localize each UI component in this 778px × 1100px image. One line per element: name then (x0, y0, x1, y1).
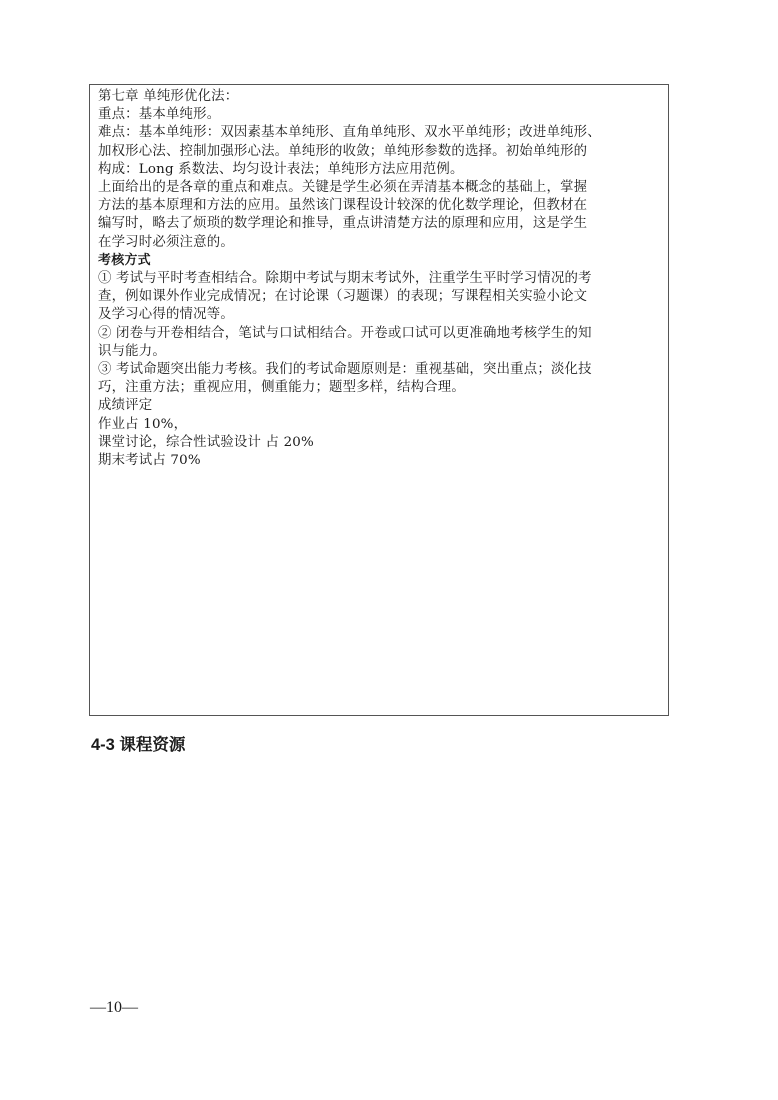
assessment-item-2-line-1: ② 闭卷与开卷相结合，笔试与口试相结合。开卷或口试可以更准确地考核学生的知 (98, 325, 662, 343)
page-number: —10— (90, 999, 138, 1017)
difficult-points-line-2: 加权形心法、控制加强形心法。单纯形的收敛；单纯形参数的选择。初始单纯形的 (98, 143, 662, 161)
assessment-item-3-line-1: ③ 考试命题突出能力考核。我们的考试命题原则是：重视基础，突出重点；淡化技 (98, 361, 662, 379)
assessment-heading: 考核方式 (98, 252, 662, 270)
grading-discussion: 课堂讨论，综合性试验设计 占 20% (98, 434, 662, 452)
key-points: 重点：基本单纯形。 (98, 106, 662, 124)
difficult-points-line-3: 构成：Long 系数法、均匀设计表法；单纯形方法应用范例。 (98, 161, 662, 179)
assessment-item-2-line-2: 识与能力。 (98, 343, 662, 361)
summary-line-2: 方法的基本原理和方法的应用。虽然该门课程设计较深的优化数学理论，但教材在 (98, 197, 662, 215)
assessment-item-1-line-2: 查，例如课外作业完成情况；在讨论课（习题课）的表现；写课程相关实验小论文 (98, 288, 662, 306)
grading-final-exam: 期末考试占 70% (98, 452, 662, 470)
grading-homework: 作业占 10%， (98, 416, 662, 434)
summary-line-1: 上面给出的是各章的重点和难点。关键是学生必须在弄清基本概念的基础上，掌握 (98, 179, 662, 197)
assessment-item-1-line-3: 及学习心得的情况等。 (98, 306, 662, 324)
content-box: 第七章 单纯形优化法： 重点：基本单纯形。 难点：基本单纯形：双因素基本单纯形、… (89, 84, 669, 716)
summary-line-4: 在学习时必须注意的。 (98, 234, 662, 252)
difficult-points-line-1: 难点：基本单纯形：双因素基本单纯形、直角单纯形、双水平单纯形；改进单纯形、 (98, 124, 662, 142)
grading-heading: 成绩评定 (98, 397, 662, 415)
summary-line-3: 编写时，略去了烦琐的数学理论和推导，重点讲清楚方法的原理和应用，这是学生 (98, 215, 662, 233)
section-heading: 4-3 课程资源 (91, 731, 185, 755)
assessment-item-3-line-2: 巧，注重方法；重视应用，侧重能力；题型多样，结构合理。 (98, 379, 662, 397)
assessment-item-1-line-1: ① 考试与平时考查相结合。除期中考试与期末考试外，注重学生平时学习情况的考 (98, 270, 662, 288)
chapter-title: 第七章 单纯形优化法： (98, 88, 662, 106)
